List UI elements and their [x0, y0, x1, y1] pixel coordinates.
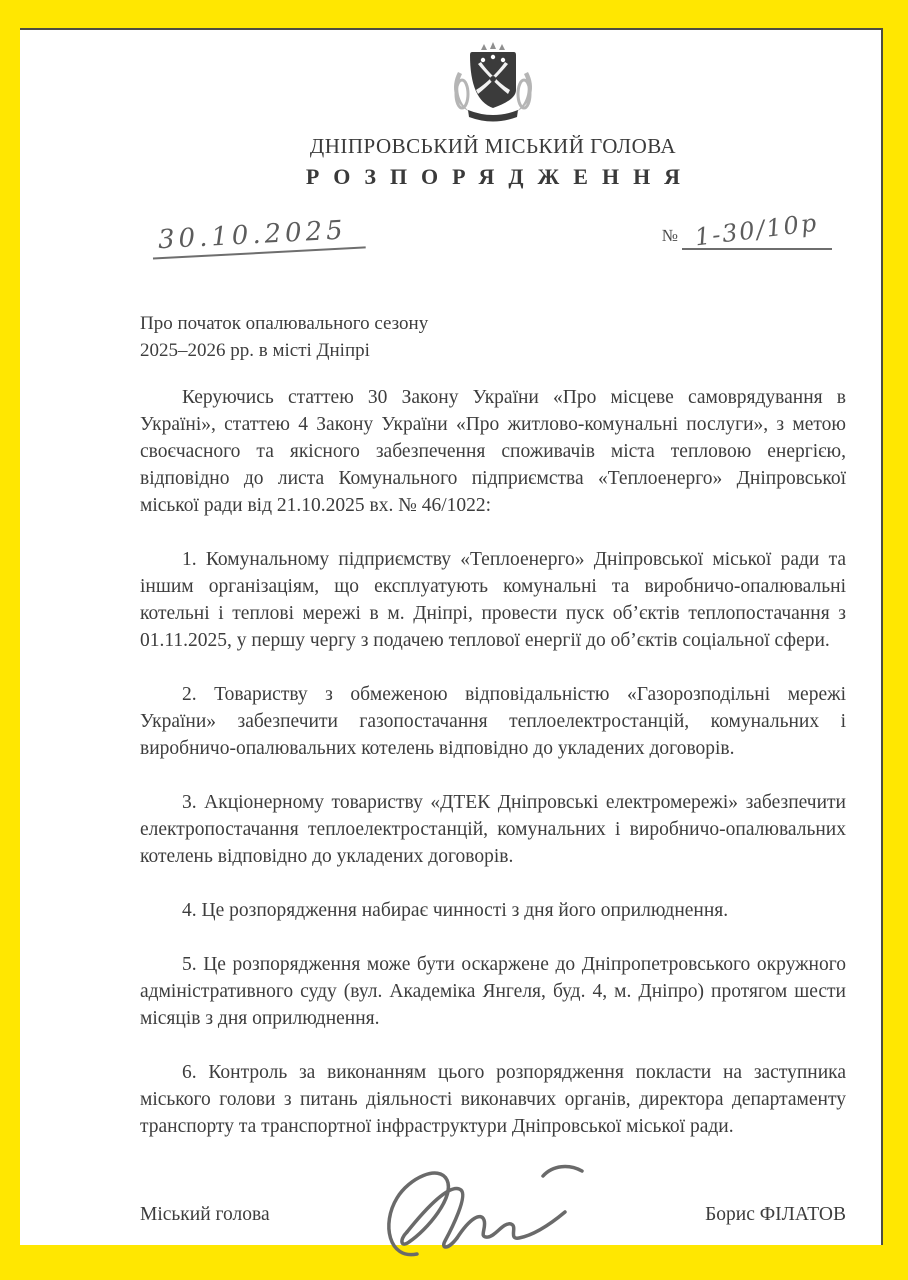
number-underline: 1-30/10р	[682, 220, 832, 250]
paragraph-4: 4. Це розпорядження набирає чинності з д…	[140, 897, 846, 924]
paragraph-5: 5. Це розпорядження може бути оскаржене …	[140, 951, 846, 1032]
paragraph-intro: Керуючись статтею 30 Закону України «Про…	[140, 384, 846, 519]
meta-row: 30.10.2025 № 1-30/10р	[140, 220, 846, 276]
date-value: 30.10.2025	[157, 215, 347, 255]
org-title: ДНІПРОВСЬКИЙ МІСЬКИЙ ГОЛОВА	[140, 134, 846, 159]
document-number: № 1-30/10р	[662, 220, 832, 250]
number-sign: №	[662, 226, 678, 250]
subject-line-2: 2025–2026 рр. в місті Дніпрі	[140, 337, 846, 364]
body-paragraphs: Керуючись статтею 30 Закону України «Про…	[140, 384, 846, 1140]
subject-line-1: Про початок опалювального сезону	[140, 310, 846, 337]
handwritten-date: 30.10.2025	[151, 214, 365, 259]
signatory-name: Борис ФІЛАТОВ	[705, 1204, 846, 1226]
signature-scribble-icon	[355, 1152, 615, 1267]
document-type-title: РОЗПОРЯДЖЕННЯ	[140, 164, 846, 190]
paragraph-3: 3. Акціонерному товариству «ДТЕК Дніпров…	[140, 789, 846, 870]
yellow-frame: ДНІПРОВСЬКИЙ МІСЬКИЙ ГОЛОВА РОЗПОРЯДЖЕНН…	[0, 0, 908, 1280]
signatory-position: Міський голова	[140, 1204, 270, 1226]
document-content: ДНІПРОВСЬКИЙ МІСЬКИЙ ГОЛОВА РОЗПОРЯДЖЕНН…	[140, 30, 846, 1260]
number-value: 1-30/10р	[693, 209, 819, 252]
subject-block: Про початок опалювального сезону 2025–20…	[140, 310, 846, 364]
paragraph-1: 1. Комунальному підприємству «Теплоенерг…	[140, 546, 846, 654]
paragraph-2: 2. Товариству з обмеженою відповідальніс…	[140, 681, 846, 762]
signature-row: Міський голова Борис ФІЛАТОВ	[140, 1170, 846, 1260]
dnipro-coat-of-arms-icon	[438, 42, 548, 126]
paragraph-6: 6. Контроль за виконанням цього розпоряд…	[140, 1059, 846, 1140]
document-page: ДНІПРОВСЬКИЙ МІСЬКИЙ ГОЛОВА РОЗПОРЯДЖЕНН…	[20, 28, 883, 1245]
